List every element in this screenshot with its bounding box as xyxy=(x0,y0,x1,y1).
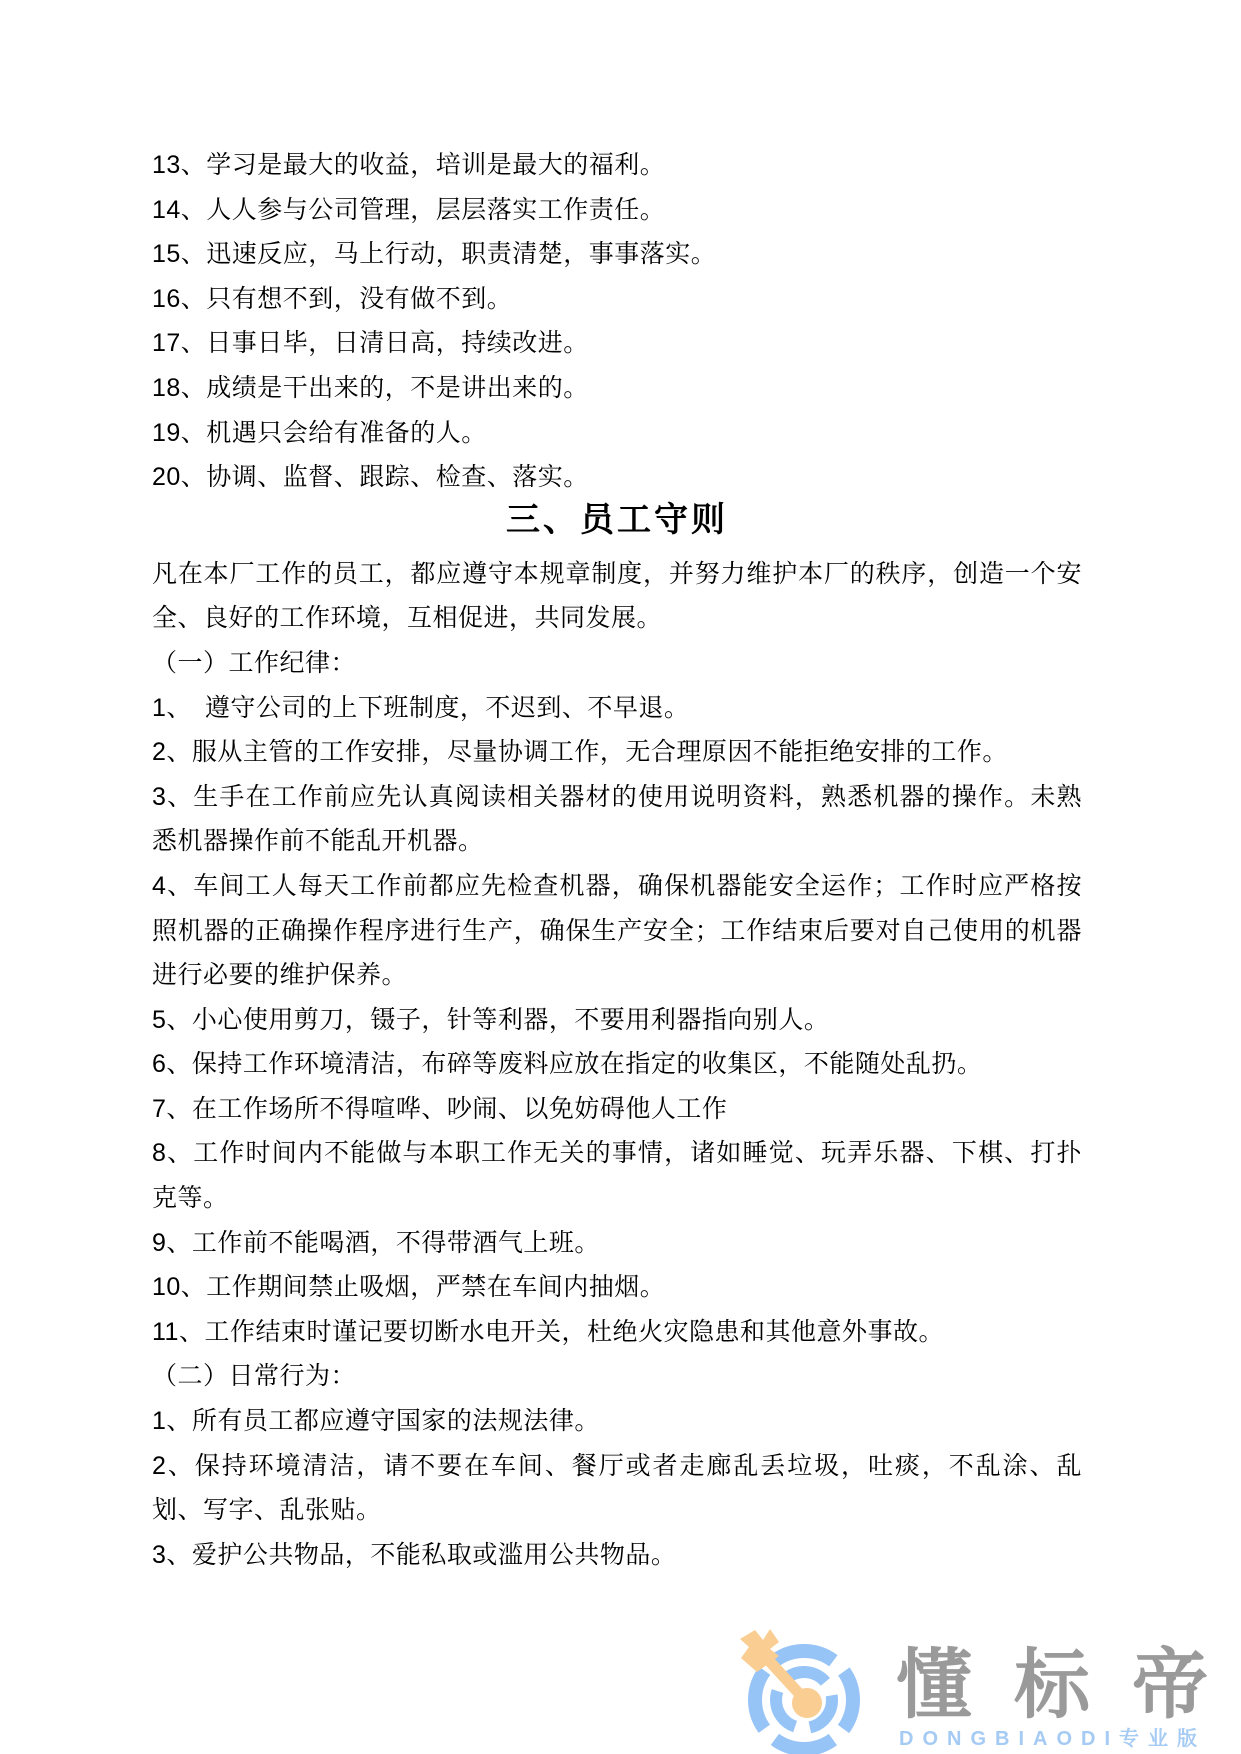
list-item: 1、所有员工都应遵守国家的法规法律。 xyxy=(152,1399,1082,1444)
list-item: 14、人人参与公司管理，层层落实工作责任。 xyxy=(152,188,1082,233)
target-center-dot xyxy=(792,1688,822,1718)
list-item: 5、小心使用剪刀，镊子，针等利器，不要用利器指向别人。 xyxy=(152,998,1082,1043)
list-item: 2、服从主管的工作安排，尽量协调工作，无合理原因不能拒绝安排的工作。 xyxy=(152,730,1082,775)
list-item: 3、爱护公共物品，不能私取或滥用公共物品。 xyxy=(152,1533,1082,1578)
list-item: 7、在工作场所不得喧哗、吵闹、以免妨碍他人工作 xyxy=(152,1087,1082,1132)
list-item: 4、车间工人每天工作前都应先检查机器，确保机器能安全运作；工作时应严格按照机器的… xyxy=(152,864,1082,998)
list-item: 6、保持工作环境清洁，布碎等废料应放在指定的收集区，不能随处乱扔。 xyxy=(152,1042,1082,1087)
list-item: 19、机遇只会给有准备的人。 xyxy=(152,411,1082,456)
list-item: 15、迅速反应，马上行动，职责清楚，事事落实。 xyxy=(152,232,1082,277)
list-item: 18、成绩是干出来的，不是讲出来的。 xyxy=(152,366,1082,411)
target-outer-ring xyxy=(755,1651,853,1749)
list-item: 1、 遵守公司的上下班制度，不迟到、不早退。 xyxy=(152,686,1082,731)
list-item: 3、生手在工作前应先认真阅读相关器材的使用说明资料，熟悉机器的操作。未熟悉机器操… xyxy=(152,775,1082,864)
subsection-heading: （二）日常行为： xyxy=(152,1354,1082,1399)
intro-paragraph: 凡在本厂工作的员工，都应遵守本规章制度，并努力维护本厂的秩序，创造一个安全、良好… xyxy=(152,552,1082,641)
list-item: 17、日事日毕，日清日高，持续改进。 xyxy=(152,321,1082,366)
list-item: 9、工作前不能喝酒，不得带酒气上班。 xyxy=(152,1221,1082,1266)
target-inner-ring xyxy=(776,1672,832,1728)
brand-caption: DONGBIAODI专业版 xyxy=(899,1728,1206,1750)
list-item: 10、工作期间禁止吸烟，严禁在车间内抽烟。 xyxy=(152,1265,1082,1310)
document-page: 13、学习是最大的收益，培训是最大的福利。 14、人人参与公司管理，层层落实工作… xyxy=(0,0,1241,1754)
list-item: 13、学习是最大的收益，培训是最大的福利。 xyxy=(152,143,1082,188)
section-title: 三、员工守则 xyxy=(152,500,1082,540)
list-item: 16、只有想不到，没有做不到。 xyxy=(152,277,1082,322)
list-item: 20、协调、监督、跟踪、检查、落实。 xyxy=(152,455,1082,500)
list-item: 2、保持环境清洁，请不要在车间、餐厅或者走廊乱丢垃圾，吐痰，不乱涂、乱划、写字、… xyxy=(152,1444,1082,1533)
brand-name: 懂标帝 xyxy=(896,1646,1241,1726)
subsection-heading: （一）工作纪律： xyxy=(152,641,1082,686)
list-item: 8、工作时间内不能做与本职工作无关的事情，诸如睡觉、玩弄乐器、下棋、打扑克等。 xyxy=(152,1131,1082,1220)
list-item: 11、工作结束时谨记要切断水电开关，杜绝火灾隐患和其他意外事故。 xyxy=(152,1310,1082,1355)
target-dart-icon xyxy=(735,1628,867,1754)
dart-feather xyxy=(740,1629,779,1672)
document-body: 13、学习是最大的收益，培训是最大的福利。 14、人人参与公司管理，层层落实工作… xyxy=(152,143,1082,1577)
dart-shaft xyxy=(761,1652,806,1701)
